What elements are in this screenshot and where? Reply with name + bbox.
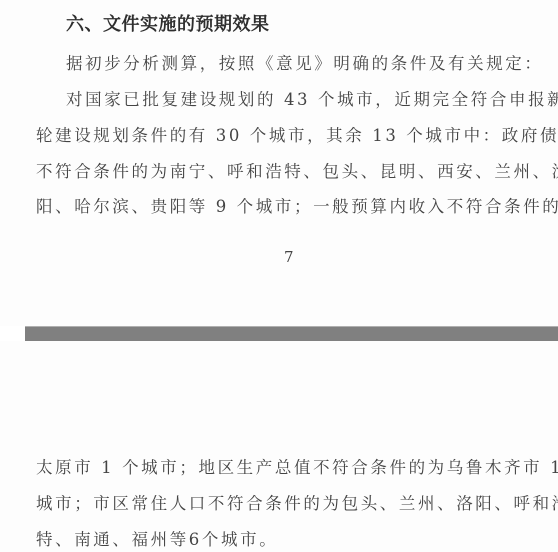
paragraph-line: 轮建设规划条件的有 30 个城市，其余 13 个城市中：政府债务率	[36, 122, 558, 146]
paragraph-line: 据初步分析测算，按照《意见》明确的条件及有关规定：	[66, 50, 544, 74]
document-page-top: 六、文件实施的预期效果 据初步分析测算，按照《意见》明确的条件及有关规定： 对国…	[0, 0, 558, 326]
paragraph-line: 城市；市区常住人口不符合条件的为包头、兰州、洛阳、呼和浩	[36, 490, 558, 514]
document-page-bottom: 太原市 1 个城市；地区生产总值不符合条件的为乌鲁木齐市 1 个 城市；市区常住…	[0, 341, 558, 552]
paragraph-line: 对国家已批复建设规划的 43 个城市，近期完全符合申报新一	[66, 86, 558, 110]
page-number: 7	[284, 248, 294, 266]
paragraph-line: 不符合条件的为南宁、呼和浩特、包头、昆明、西安、兰州、沈	[36, 158, 558, 182]
paragraph-line: 特、南通、福州等6个城市。	[36, 526, 278, 550]
page-separator	[25, 326, 558, 342]
section-heading: 六、文件实施的预期效果	[66, 10, 270, 36]
paragraph-line: 太原市 1 个城市；地区生产总值不符合条件的为乌鲁木齐市 1 个	[36, 454, 558, 478]
paragraph-line: 阳、哈尔滨、贵阳等 9 个城市；一般预算内收入不符合条件的为	[36, 193, 558, 217]
